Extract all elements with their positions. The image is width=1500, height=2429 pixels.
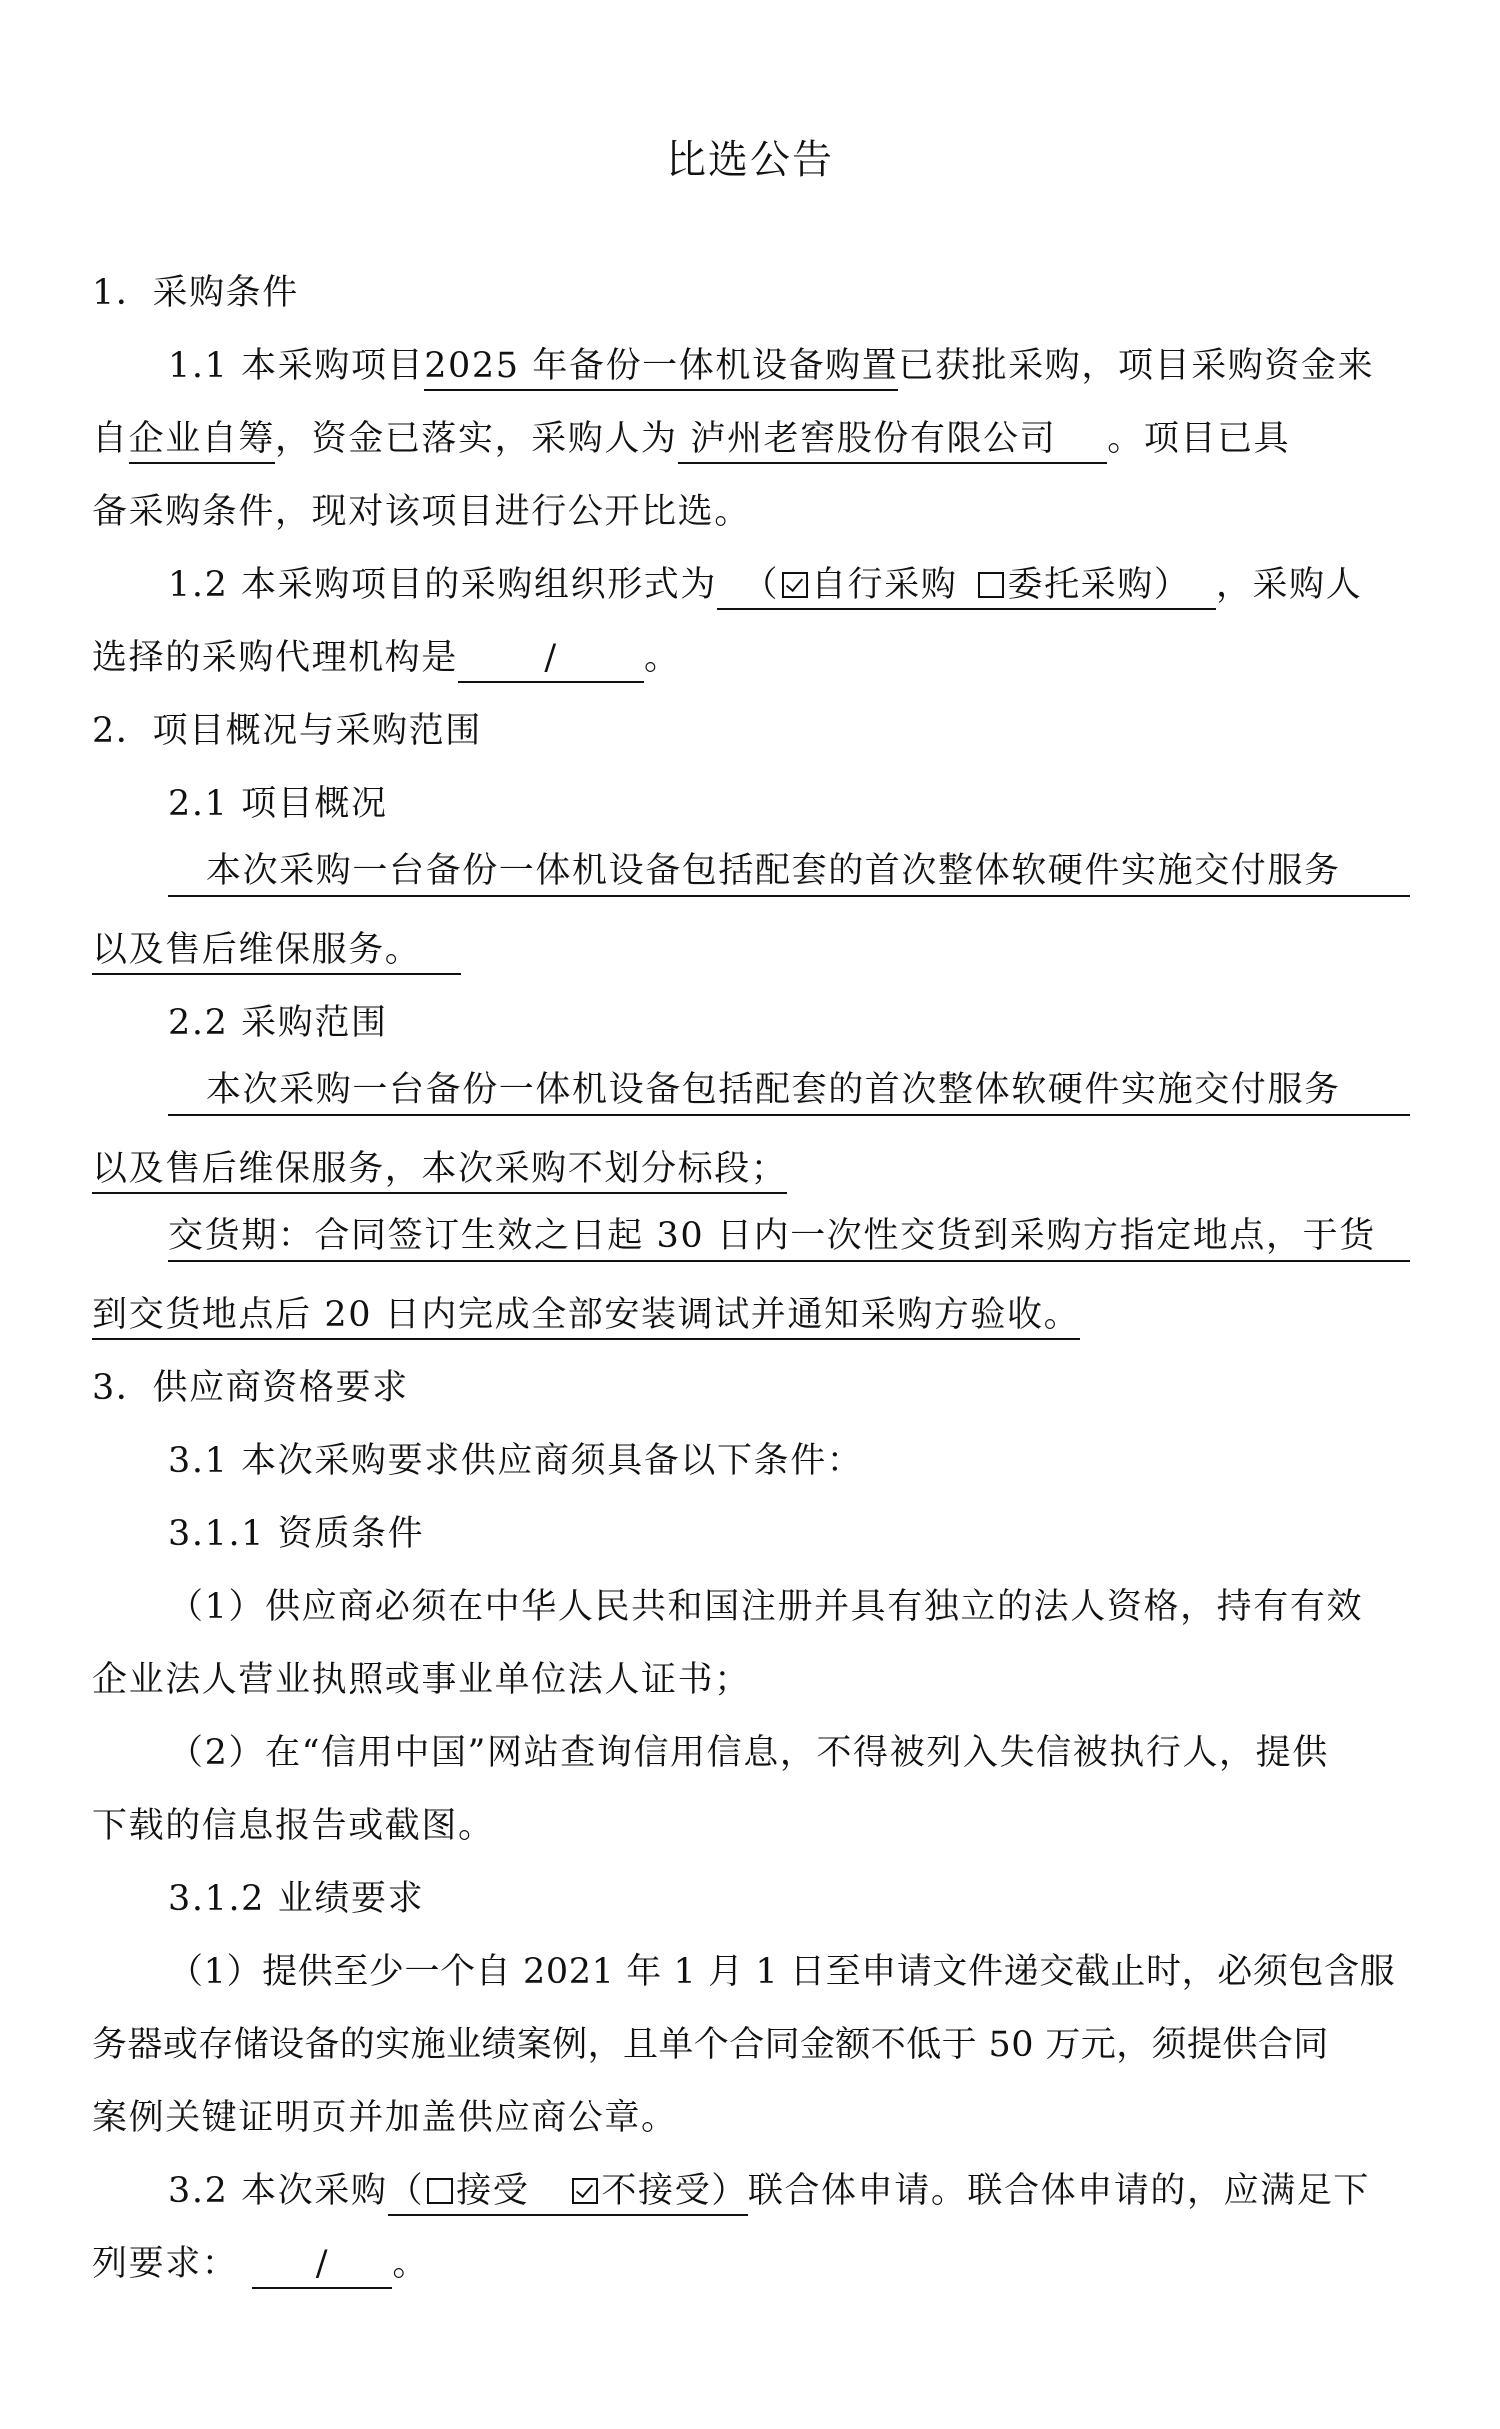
performance-item-1-line-2: 务器或存储设备的实施业绩案例，且单个合同金额不低于 50 万元，须提供合同 — [92, 2015, 1410, 2088]
subsection-3-2-line-1: 3.2 本次采购（接受不接受）联合体申请。联合体申请的，应满足下 — [92, 2161, 1410, 2234]
text: 1.1 本采购项目 — [168, 346, 424, 386]
consortium-requirement-field: / — [252, 2241, 392, 2289]
paragraph-1-2-line-1: 1.2 本采购项目的采购组织形式为 （自行采购委托采购） ，采购人 — [92, 555, 1410, 628]
text: 3.2 本次采购 — [168, 2171, 388, 2211]
text: 以及售后维保服务，本次采购不划分标段； — [92, 1146, 787, 1194]
paragraph-1-1-line-1: 1.1 本采购项目 2025 年备份一体机设备购置 已获批采购，项目采购资金来 — [92, 336, 1410, 409]
subsection-3-1-2-heading: 3.1.2 业绩要求 — [92, 1869, 1410, 1942]
text: 已获批采购，项目采购资金来 — [898, 346, 1374, 386]
section-1-heading: 1．采购条件 — [92, 263, 1410, 336]
delivery-line-2: 到交货地点后 20 日内完成全部安装调试并通知采购方验收。 — [92, 1285, 1410, 1358]
text: 以及售后维保服务。 — [92, 927, 461, 975]
text: 本次采购一台备份一体机设备包括配套的首次整体软硬件实施交付服务 — [168, 847, 1410, 897]
text: 1.2 本采购项目的采购组织形式为 — [168, 565, 717, 605]
performance-item-1-line-1: （1）提供至少一个自 2021 年 1 月 1 日至申请文件递交截止时，必须包含… — [92, 1942, 1410, 2015]
overview-line-1: 本次采购一台备份一体机设备包括配套的首次整体软硬件实施交付服务 — [92, 847, 1410, 920]
scope-line-1: 本次采购一台备份一体机设备包括配套的首次整体软硬件实施交付服务 — [92, 1066, 1410, 1139]
text: 到交货地点后 20 日内完成全部安装调试并通知采购方验收。 — [92, 1292, 1080, 1340]
text: ，采购人 — [1216, 565, 1362, 605]
document-page: 比选公告 1．采购条件 1.1 本采购项目 2025 年备份一体机设备购置 已获… — [0, 0, 1500, 2429]
checkbox-accept-consortium[interactable] — [427, 2178, 453, 2204]
text: （ — [717, 565, 779, 605]
paragraph-1-1-line-3: 备采购条件，现对该项目进行公开比选。 — [92, 482, 1410, 555]
text: 自 — [92, 419, 129, 459]
overview-line-2: 以及售后维保服务。 — [92, 920, 1410, 993]
scope-line-2: 以及售后维保服务，本次采购不划分标段； — [92, 1139, 1410, 1212]
qualification-item-2-line-2: 下载的信息报告或截图。 — [92, 1796, 1410, 1869]
subsection-2-2-heading: 2.2 采购范围 — [92, 993, 1410, 1066]
section-3-heading: 3．供应商资格要求 — [92, 1358, 1410, 1431]
subsection-2-1-heading: 2.1 项目概况 — [92, 774, 1410, 847]
text: （ — [388, 2171, 425, 2211]
option-entrust-label: 委托采购 — [1007, 565, 1153, 605]
project-name-field: 2025 年备份一体机设备购置 — [424, 343, 898, 391]
fund-source-field: 企业自筹 — [129, 416, 275, 464]
subsection-3-1-1-heading: 3.1.1 资质条件 — [92, 1504, 1410, 1577]
checkbox-reject-consortium[interactable] — [572, 2178, 598, 2204]
qualification-item-1-line-2: 企业法人营业执照或事业单位法人证书； — [92, 1650, 1410, 1723]
text: 。 — [644, 638, 681, 678]
text: ） — [1154, 565, 1216, 605]
option-self-label: 自行采购 — [811, 565, 957, 605]
qualification-item-2-line-1: （2）在“信用中国”网站查询信用信息，不得被列入失信被执行人，提供 — [92, 1723, 1410, 1796]
qualification-item-1-line-1: （1）供应商必须在中华人民共和国注册并具有独立的法人资格，持有有效 — [92, 1577, 1410, 1650]
option-reject-label: 不接受 — [601, 2171, 711, 2211]
document-body: 1．采购条件 1.1 本采购项目 2025 年备份一体机设备购置 已获批采购，项… — [92, 263, 1410, 2307]
paragraph-1-2-line-2: 选择的采购代理机构是/。 — [92, 628, 1410, 701]
text: 。项目已具 — [1107, 419, 1290, 459]
subsection-3-1-heading: 3.1 本次采购要求供应商须具备以下条件： — [92, 1431, 1410, 1504]
checkbox-self-procurement[interactable] — [782, 572, 808, 598]
page-title: 比选公告 — [0, 132, 1500, 188]
subsection-3-2-line-2: 列要求：/。 — [92, 2234, 1410, 2307]
performance-item-1-line-3: 案例关键证明页并加盖供应商公章。 — [92, 2088, 1410, 2161]
text: 联合体申请。联合体申请的，应满足下 — [748, 2171, 1370, 2211]
text: ，资金已落实，采购人为 — [275, 419, 678, 459]
text: 交货期：合同签订生效之日起 30 日内一次性交货到采购方指定地点，于货 — [168, 1212, 1410, 1262]
checkbox-entrusted-procurement[interactable] — [978, 572, 1004, 598]
text: 。 — [392, 2244, 429, 2284]
paragraph-1-1-line-2: 自 企业自筹 ，资金已落实，采购人为 泸州老窖股份有限公司 。项目已具 — [92, 409, 1410, 482]
procurement-form-options: （自行采购委托采购） — [717, 562, 1216, 610]
agency-field: / — [458, 635, 644, 683]
consortium-options: （接受不接受） — [388, 2168, 748, 2216]
text: 本次采购一台备份一体机设备包括配套的首次整体软硬件实施交付服务 — [168, 1066, 1410, 1116]
text: ） — [711, 2171, 748, 2211]
text: 列要求： — [92, 2244, 238, 2284]
text: 选择的采购代理机构是 — [92, 638, 458, 678]
delivery-line-1: 交货期：合同签订生效之日起 30 日内一次性交货到采购方指定地点，于货 — [92, 1212, 1410, 1285]
section-2-heading: 2．项目概况与采购范围 — [92, 701, 1410, 774]
purchaser-field: 泸州老窖股份有限公司 — [678, 416, 1108, 464]
option-accept-label: 接受 — [456, 2171, 529, 2211]
